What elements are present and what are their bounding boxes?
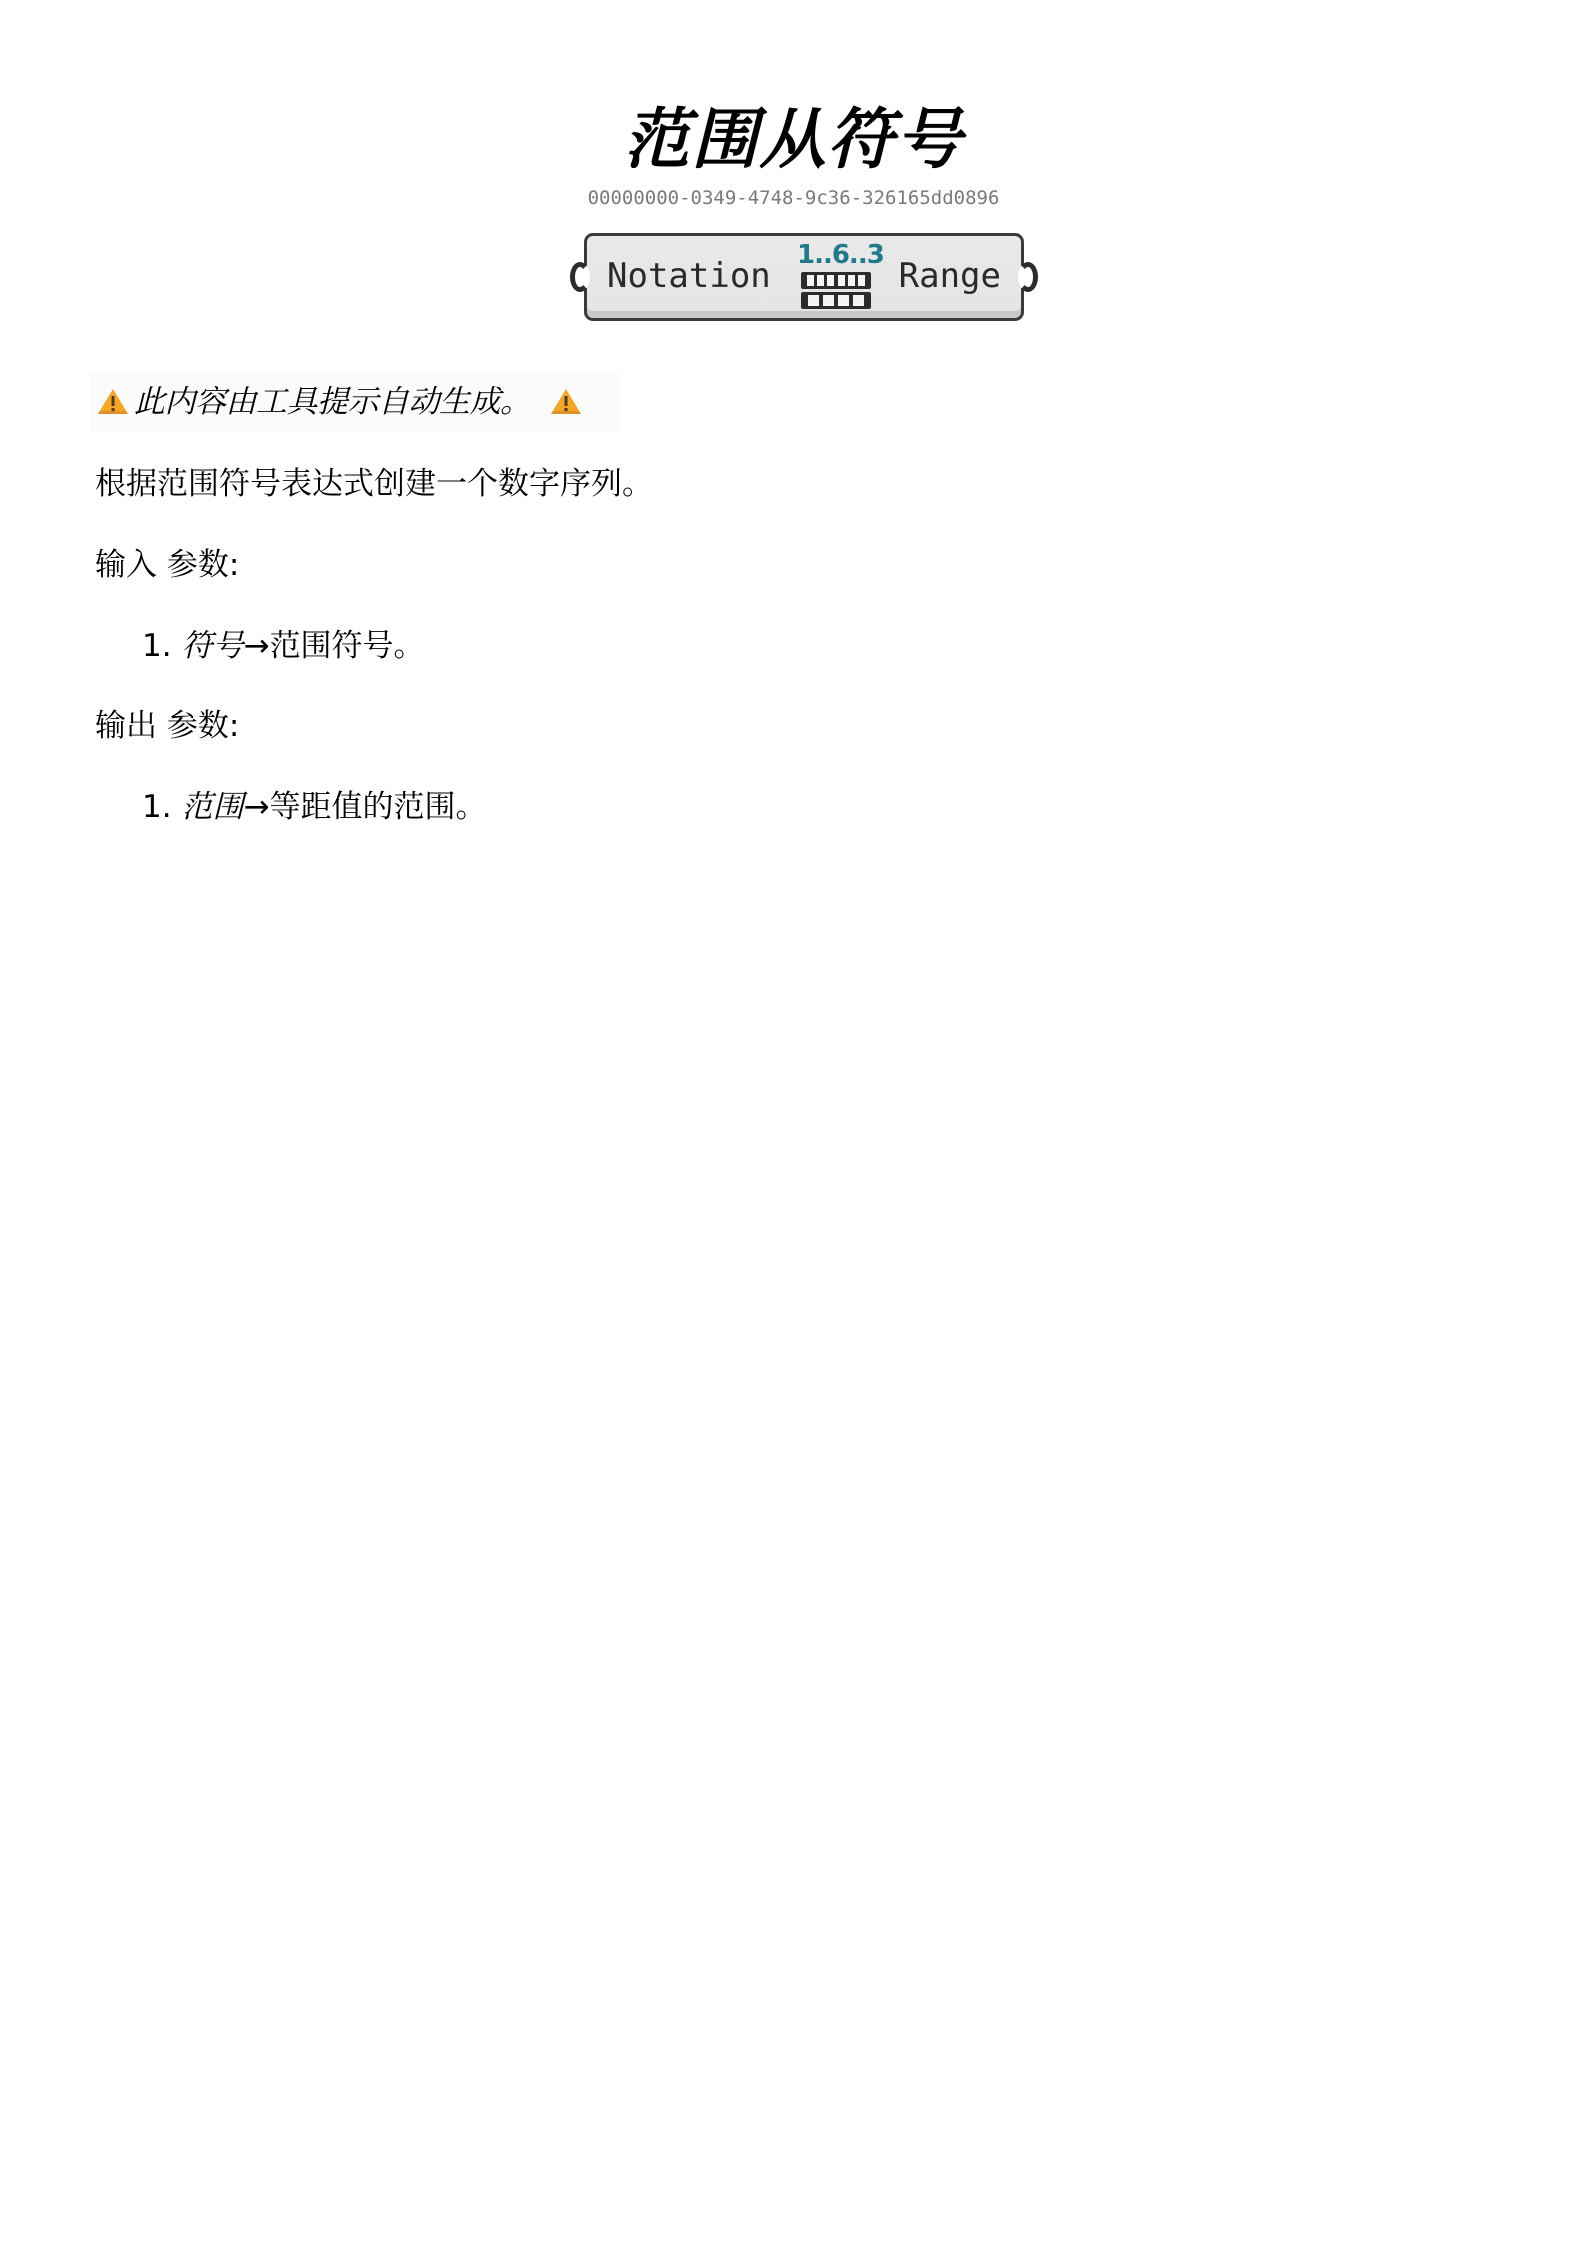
arrow: → (244, 789, 270, 825)
param-name: 符号 (182, 628, 244, 664)
icon-bar-top (801, 272, 871, 289)
input-param-label: Notation (607, 254, 771, 298)
param-description: 范围符号。 (270, 628, 425, 664)
input-grip (570, 262, 590, 292)
auto-generated-warning: 此内容由工具提示自动生成。 (90, 372, 620, 432)
range-from-notation-icon: 1..6..3 (797, 242, 873, 312)
param-name: 范围 (182, 789, 244, 825)
input-param-item: 1.符号→范围符号。 (142, 626, 425, 666)
list-number: 1. (142, 628, 172, 664)
list-number: 1. (142, 789, 172, 825)
component-description: 根据范围符号表达式创建一个数字序列。 (95, 464, 653, 504)
output-grip (1018, 262, 1038, 292)
warning-icon (549, 387, 583, 417)
param-description: 等距值的范围。 (270, 789, 487, 825)
grasshopper-component: Notation 1..6..3 Range (584, 233, 1024, 321)
output-param-item: 1.范围→等距值的范围。 (142, 787, 487, 827)
inputs-heading: 输入 参数: (95, 545, 239, 585)
arrow: → (244, 628, 270, 664)
icon-notation-text: 1..6..3 (797, 242, 873, 268)
component-guid: 00000000-0349-4748-9c36-326165dd0896 (0, 185, 1587, 211)
warning-text: 此内容由工具提示自动生成。 (134, 382, 531, 422)
output-param-label: Range (899, 254, 1001, 298)
warning-icon (96, 387, 130, 417)
page-title: 范围从符号 (0, 100, 1587, 180)
icon-bar-bottom (801, 292, 871, 309)
outputs-heading: 输出 参数: (95, 706, 239, 746)
